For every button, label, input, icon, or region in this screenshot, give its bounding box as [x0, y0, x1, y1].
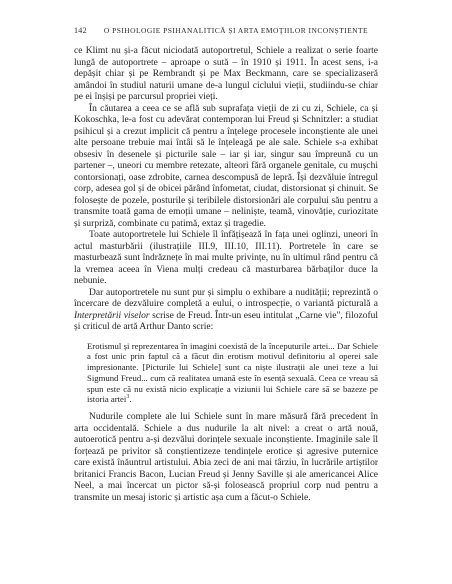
text-run: Toate autoportretele lui Schiele îl înfă… [74, 230, 378, 286]
paragraph: Toate autoportretele lui Schiele îl înfă… [74, 230, 378, 288]
blockquote: Erotismul și reprezentarea în imagini co… [87, 341, 378, 406]
paragraph: Dar autoportretele nu sunt pur și simplu… [74, 288, 378, 334]
text-run: Dar autoportretele nu sunt pur și simplu… [74, 288, 378, 310]
page-body: ce Klimt nu și-a făcut niciodată autopor… [74, 46, 378, 504]
text-run: Nudurile complete ale lui Schiele sunt î… [74, 412, 378, 503]
running-header: 142 O PSIHOLOGIE PSIHANALITICĂ ȘI ARTA E… [74, 26, 378, 35]
paragraph: ce Klimt nu și-a făcut niciodată autopor… [74, 46, 378, 104]
book-page: 142 O PSIHOLOGIE PSIHANALITICĂ ȘI ARTA E… [0, 0, 452, 584]
paragraph: În căutarea a ceea ce se află sub supraf… [74, 104, 378, 231]
text-run: ce Klimt nu și-a făcut niciodată autopor… [74, 46, 378, 102]
paragraph: Nudurile complete ale lui Schiele sunt î… [74, 412, 378, 504]
running-head-title: O PSIHOLOGIE PSIHANALITICĂ ȘI ARTA EMOȚI… [104, 26, 368, 35]
page-number: 142 [74, 26, 87, 35]
text-run: . [129, 394, 131, 404]
italic-text: Interpretării viselor [74, 311, 150, 321]
text-run: În căutarea a ceea ce se află sub supraf… [74, 104, 378, 229]
